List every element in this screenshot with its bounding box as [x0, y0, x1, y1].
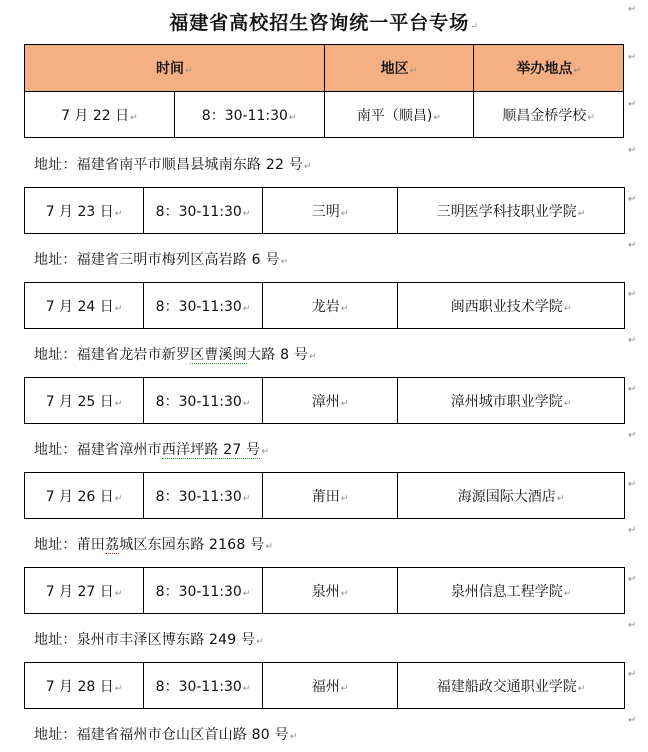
table-row: 7 月 28 日↵ 8：30-11:30↵ 福州↵ 福建船政交通职业学院↵ [25, 663, 625, 709]
venue-cell: 三明医学科技职业学院↵ [398, 188, 625, 234]
header-venue: 举办地点↵ [474, 45, 624, 92]
time-cell: 8：30-11:30↵ [174, 92, 324, 138]
header-region: 地区↵ [324, 45, 474, 92]
venue-cell: 海源国际大酒店↵ [398, 473, 625, 519]
address-line: 地址：福建省龙岩市新罗区曹溪闽大路 8 号↵ [34, 344, 317, 364]
paragraph-mark: ↵ [628, 715, 636, 726]
paragraph-mark: ↵ [628, 4, 636, 15]
date-cell: 7 月 23 日↵ [25, 188, 144, 234]
grammar-underline: 区曹溪闽 [190, 347, 247, 364]
spelling-underline: 荔 [105, 537, 119, 554]
table-row: 7 月 27 日↵ 8：30-11:30↵ 泉州↵ 泉州信息工程学院↵ [25, 568, 625, 614]
venue-cell: 闽西职业技术学院↵ [398, 283, 625, 329]
region-cell: 福州↵ [263, 663, 398, 709]
address-line: 地址：莆田荔城区东园东路 2168 号↵ [34, 534, 273, 554]
paragraph-mark: ↵ [628, 479, 636, 490]
schedule-table-4: 7 月 25 日↵ 8：30-11:30↵ 漳州↵ 漳州城市职业学院↵ [24, 377, 625, 424]
venue-cell: 顺昌金桥学校↵ [474, 92, 624, 138]
schedule-table-3: 7 月 24 日↵ 8：30-11:30↵ 龙岩↵ 闽西职业技术学院↵ [24, 282, 625, 329]
table-row: 7 月 23 日↵ 8：30-11:30↵ 三明↵ 三明医学科技职业学院↵ [25, 188, 625, 234]
time-cell: 8：30-11:30↵ [144, 473, 263, 519]
paragraph-mark: ↵ [628, 430, 636, 441]
grammar-underline: 西洋坪路 27 号 [162, 442, 261, 459]
address-line: 地址：福建省漳州市西洋坪路 27 号↵ [34, 439, 269, 459]
paragraph-mark: ↵ [628, 335, 636, 346]
date-cell: 7 月 27 日↵ [25, 568, 144, 614]
paragraph-mark: ↵ [628, 574, 636, 585]
paragraph-mark: ↵ [628, 669, 636, 680]
schedule-table-7: 7 月 28 日↵ 8：30-11:30↵ 福州↵ 福建船政交通职业学院↵ [24, 662, 625, 709]
date-cell: 7 月 26 日↵ [25, 473, 144, 519]
paragraph-mark: ↵ [628, 525, 636, 536]
table-row: 7 月 26 日↵ 8：30-11:30↵ 莆田↵ 海源国际大酒店↵ [25, 473, 625, 519]
address-line: 地址：泉州市丰泽区博东路 249 号↵ [34, 629, 264, 649]
address-line: 地址：福建省南平市顺昌县城南东路 22 号↵ [34, 154, 312, 174]
schedule-table-2: 7 月 23 日↵ 8：30-11:30↵ 三明↵ 三明医学科技职业学院↵ [24, 187, 625, 234]
paragraph-mark: ↵ [628, 620, 636, 631]
region-cell: 泉州↵ [263, 568, 398, 614]
region-cell: 龙岩↵ [263, 283, 398, 329]
region-cell: 莆田↵ [263, 473, 398, 519]
schedule-table-5: 7 月 26 日↵ 8：30-11:30↵ 莆田↵ 海源国际大酒店↵ [24, 472, 625, 519]
schedule-table-1: 时间↵ 地区↵ 举办地点↵ 7 月 22 日↵ 8：30-11:30↵ 南平（顺… [24, 44, 624, 138]
address-line: 地址：福建省福州市仓山区首山路 80 号↵ [34, 724, 297, 744]
region-cell: 南平（顺昌)↵ [324, 92, 474, 138]
venue-cell: 漳州城市职业学院↵ [398, 378, 625, 424]
paragraph-mark: ↵ [628, 194, 636, 205]
date-cell: 7 月 28 日↵ [25, 663, 144, 709]
header-time: 时间↵ [25, 45, 325, 92]
region-cell: 三明↵ [263, 188, 398, 234]
time-cell: 8：30-11:30↵ [144, 188, 263, 234]
paragraph-mark: ↵ [628, 240, 636, 251]
time-cell: 8：30-11:30↵ [144, 378, 263, 424]
page-title: 福建省高校招生咨询统一平台专场↵ [0, 8, 648, 35]
table-row: 7 月 22 日↵ 8：30-11:30↵ 南平（顺昌)↵ 顺昌金桥学校↵ [25, 92, 624, 138]
address-line: 地址：福建省三明市梅列区高岩路 6 号↵ [34, 249, 288, 269]
paragraph-mark: ↵ [628, 289, 636, 300]
paragraph-mark: ↵ [628, 52, 636, 63]
paragraph-mark: ↵ [628, 145, 636, 156]
paragraph-mark: ↵ [628, 99, 636, 110]
time-cell: 8：30-11:30↵ [144, 568, 263, 614]
paragraph-mark: ↵ [628, 384, 636, 395]
date-cell: 7 月 22 日↵ [25, 92, 175, 138]
venue-cell: 泉州信息工程学院↵ [398, 568, 625, 614]
table-row: 7 月 25 日↵ 8：30-11:30↵ 漳州↵ 漳州城市职业学院↵ [25, 378, 625, 424]
time-cell: 8：30-11:30↵ [144, 663, 263, 709]
date-cell: 7 月 25 日↵ [25, 378, 144, 424]
header-row: 时间↵ 地区↵ 举办地点↵ [25, 45, 624, 92]
venue-cell: 福建船政交通职业学院↵ [398, 663, 625, 709]
date-cell: 7 月 24 日↵ [25, 283, 144, 329]
schedule-table-6: 7 月 27 日↵ 8：30-11:30↵ 泉州↵ 泉州信息工程学院↵ [24, 567, 625, 614]
region-cell: 漳州↵ [263, 378, 398, 424]
table-row: 7 月 24 日↵ 8：30-11:30↵ 龙岩↵ 闽西职业技术学院↵ [25, 283, 625, 329]
time-cell: 8：30-11:30↵ [144, 283, 263, 329]
